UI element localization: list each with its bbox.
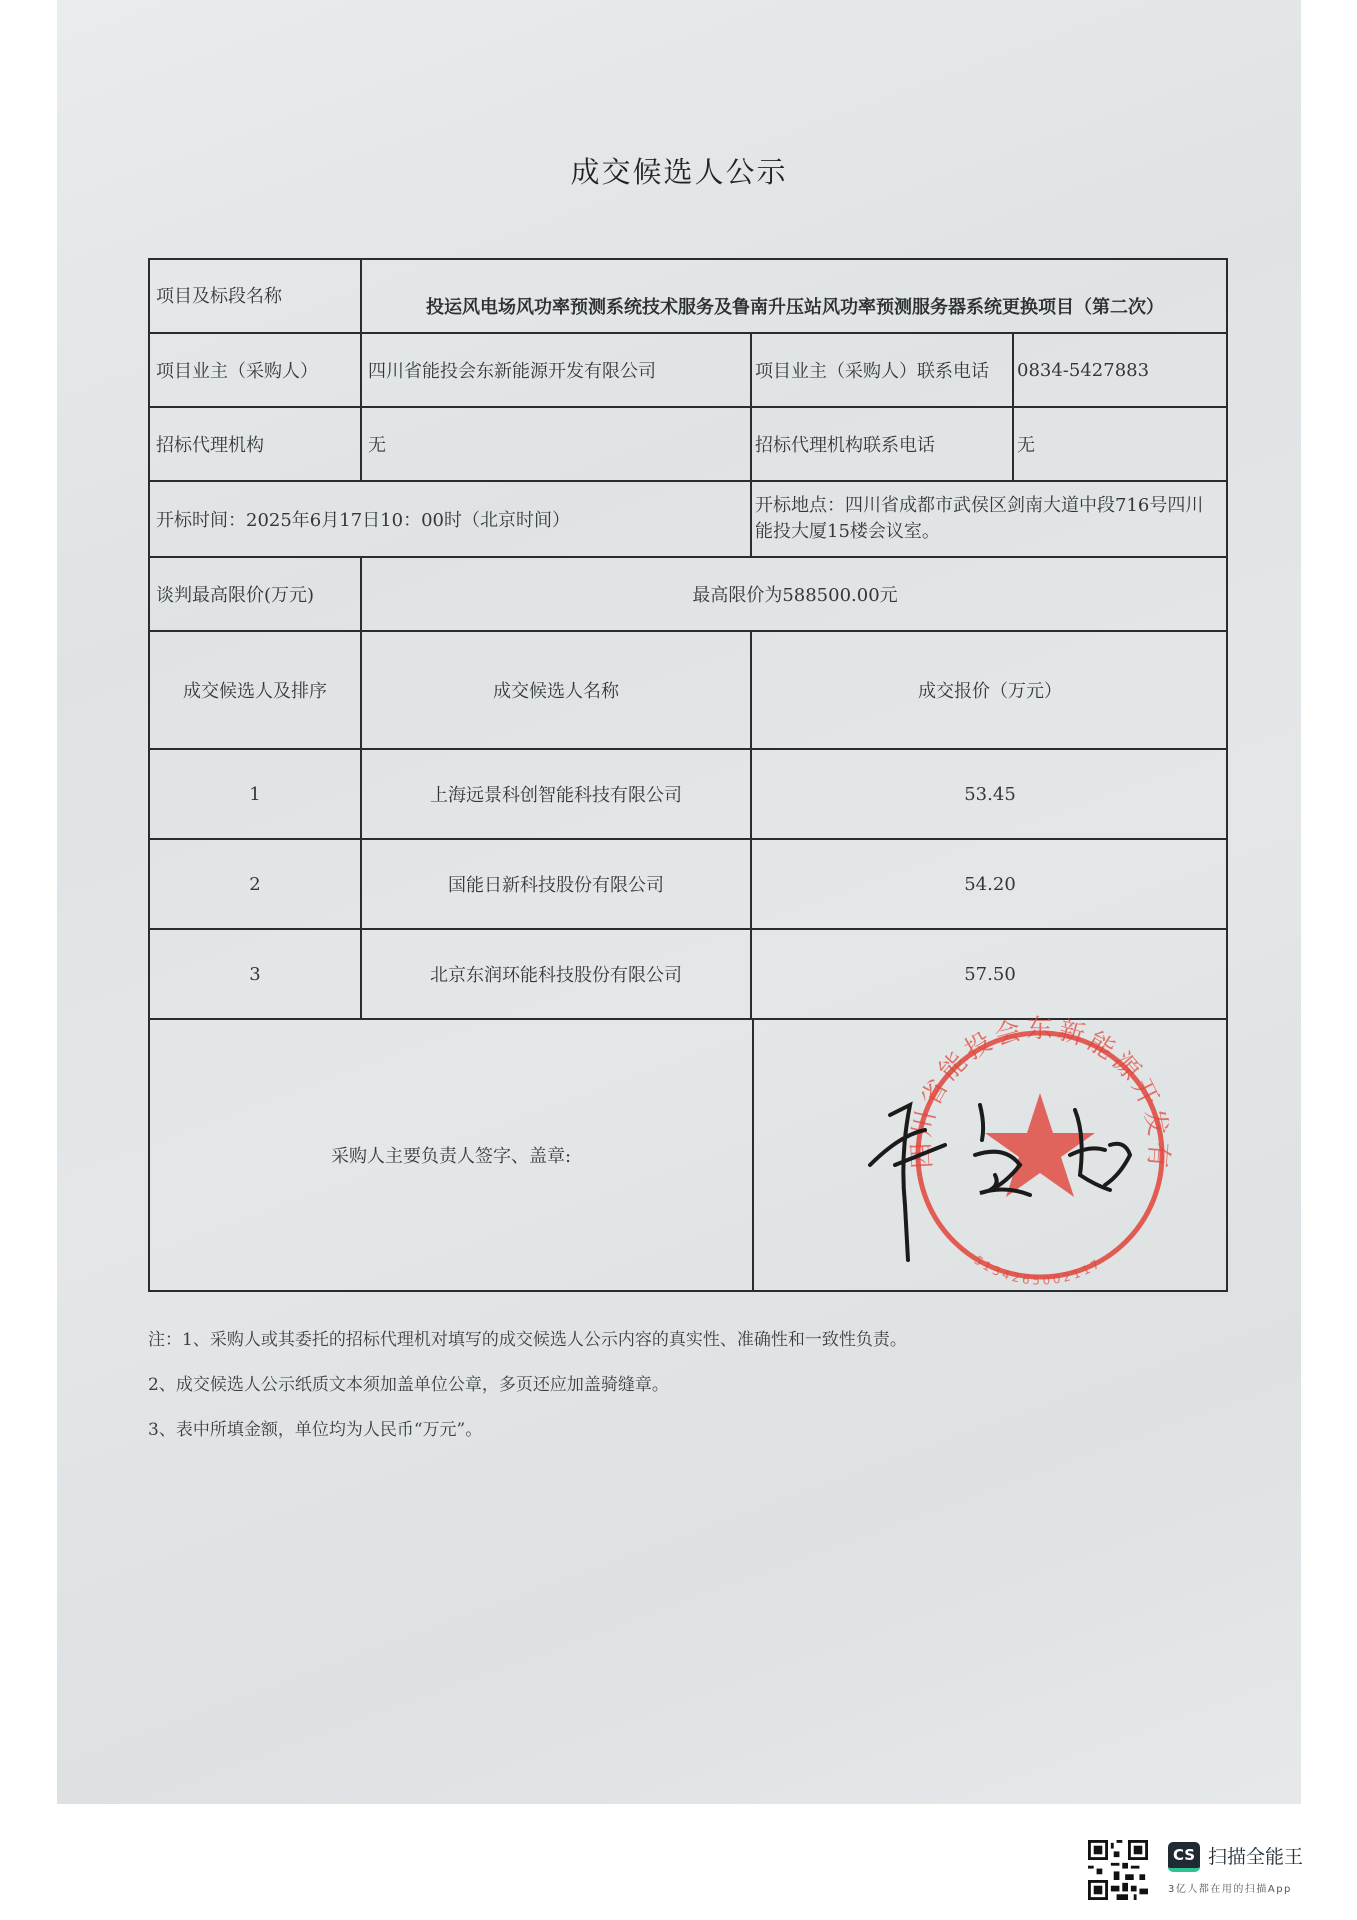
candidate-price: 53.45 bbox=[752, 750, 1228, 840]
page-title: 成交候选人公示 bbox=[57, 150, 1301, 191]
scanner-app-name: 扫描全能王 bbox=[1208, 1842, 1303, 1869]
note-item: 3、表中所填金额，单位均为人民币“万元”。 bbox=[148, 1408, 907, 1453]
agency-label: 招标代理机构 bbox=[150, 408, 362, 482]
camscanner-logo-icon: CS bbox=[1168, 1842, 1200, 1872]
project-name: 投运风电场风功率预测系统技术服务及鲁南升压站风功率预测服务器系统更换项目（第二次… bbox=[362, 260, 1228, 334]
announcement-table: 项目及标段名称 投运风电场风功率预测系统技术服务及鲁南升压站风功率预测服务器系统… bbox=[148, 258, 1228, 1292]
agency-name: 无 bbox=[362, 408, 752, 482]
header-name: 成交候选人名称 bbox=[362, 632, 752, 750]
signature-area bbox=[754, 1020, 1228, 1290]
notes-section: 注：1、采购人或其委托的招标代理机对填写的成交候选人公示内容的真实性、准确性和一… bbox=[148, 1318, 907, 1453]
owner-name: 四川省能投会东新能源开发有限公司 bbox=[362, 334, 752, 408]
candidate-name: 上海远景科创智能科技有限公司 bbox=[362, 750, 752, 840]
scanner-slogan: 3亿人都在用的扫描App bbox=[1168, 1880, 1292, 1895]
candidate-rank: 3 bbox=[150, 930, 362, 1020]
project-label: 项目及标段名称 bbox=[150, 260, 362, 334]
candidate-name: 北京东润环能科技股份有限公司 bbox=[362, 930, 752, 1020]
note-item: 2、成交候选人公示纸质文本须加盖单位公章，多页还应加盖骑缝章。 bbox=[148, 1363, 907, 1408]
max-price: 最高限价为588500.00元 bbox=[362, 558, 1228, 632]
qr-code-icon bbox=[1088, 1840, 1148, 1900]
owner-phone-label: 项目业主（采购人）联系电话 bbox=[752, 334, 1014, 408]
owner-label: 项目业主（采购人） bbox=[150, 334, 362, 408]
candidate-rank: 2 bbox=[150, 840, 362, 930]
opening-time: 开标时间：2025年6月17日10：00时（北京时间） bbox=[150, 482, 752, 558]
agency-phone-label: 招标代理机构联系电话 bbox=[752, 408, 1014, 482]
candidate-price: 57.50 bbox=[752, 930, 1228, 1020]
opening-place: 开标地点：四川省成都市武侯区剑南大道中段716号四川能投大厦15楼会议室。 bbox=[752, 482, 1228, 558]
candidate-name: 国能日新科技股份有限公司 bbox=[362, 840, 752, 930]
max-price-label: 谈判最高限价(万元) bbox=[150, 558, 362, 632]
candidate-rank: 1 bbox=[150, 750, 362, 840]
candidate-price: 54.20 bbox=[752, 840, 1228, 930]
header-price: 成交报价（万元） bbox=[752, 632, 1228, 750]
signature-label: 采购人主要负责人签字、盖章: bbox=[150, 1020, 754, 1290]
owner-phone: 0834-5427883 bbox=[1014, 334, 1228, 408]
scanner-watermark: CS 扫描全能王 3亿人都在用的扫描App bbox=[1088, 1832, 1348, 1902]
agency-phone: 无 bbox=[1014, 408, 1228, 482]
header-rank: 成交候选人及排序 bbox=[150, 632, 362, 750]
note-item: 注：1、采购人或其委托的招标代理机对填写的成交候选人公示内容的真实性、准确性和一… bbox=[148, 1318, 907, 1363]
